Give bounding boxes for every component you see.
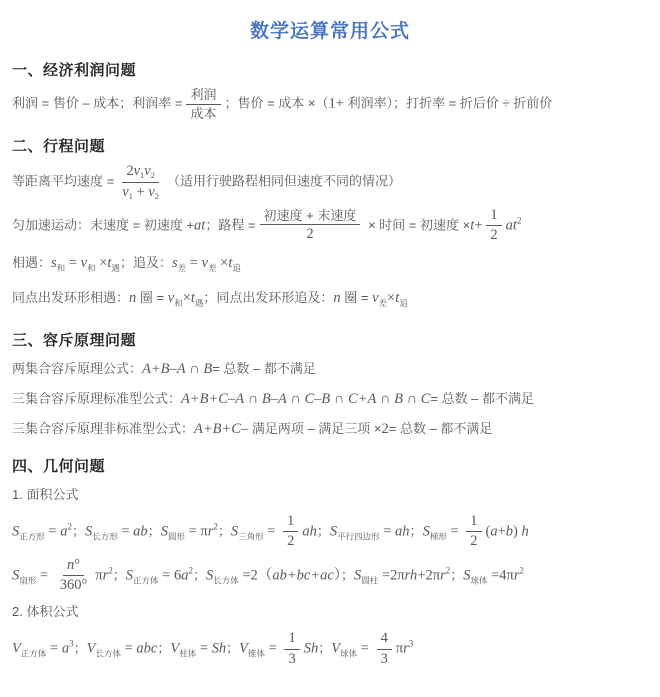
formula-segment: a <box>490 523 497 539</box>
formula-segment: = 总数 – 都不满足 <box>389 421 493 436</box>
formula-segment: 长方形 <box>92 531 118 541</box>
formula-segment: 圈 = <box>341 290 372 305</box>
formula-segment: 初速度 + 末速度 <box>264 208 357 223</box>
formula-segment: 梯形 <box>430 531 447 541</box>
formula-segment: = 总数 – 都不满足 <box>430 391 534 406</box>
formula-segment: 差 <box>379 298 388 308</box>
formula-segment: = <box>65 255 80 271</box>
formula-segment: ∩ <box>287 391 305 407</box>
formula-segment: ；路程 = <box>205 217 255 232</box>
formula-segment: 4 <box>381 630 388 646</box>
formula-segment: 遇 <box>111 263 120 273</box>
fraction-numerator: 1 <box>466 513 481 532</box>
formula-segment: A+B+C– <box>194 421 248 437</box>
formula-segment: + <box>133 184 148 200</box>
formula-segment: +2π <box>417 567 440 583</box>
formula-segment: b <box>506 523 513 539</box>
formula-segment: 球体 <box>470 575 487 585</box>
formula-segment: ； <box>148 523 161 538</box>
formula-segment: 正方体 <box>133 575 159 585</box>
formula-segment: ；追及： <box>120 255 172 270</box>
formula-segment: B–A <box>262 391 287 407</box>
formula-segment: ； <box>72 523 85 538</box>
formula-segment: 2 <box>306 226 313 242</box>
formula-segment: 平行四边形 <box>337 531 380 541</box>
formula-segment: 2. 体积公式 <box>12 604 78 619</box>
formula-segment: = <box>186 255 201 271</box>
section-heading: 四、几何问题 <box>12 455 648 476</box>
formula-segment: ； <box>226 641 239 656</box>
formula-segment: 和 <box>57 263 66 273</box>
formula-segment: B <box>203 361 212 377</box>
formula-line: 同点出发环形相遇：n 圈 = v和×t遇；同点出发环形追及：n 圈 = v差×t… <box>12 286 648 315</box>
page-title: 数学运算常用公式 <box>12 16 648 43</box>
fraction-denominator: 成本 <box>186 105 220 122</box>
fraction: 12 <box>486 207 501 245</box>
fraction-numerator: n° <box>63 557 84 576</box>
fraction-denominator: 2 <box>302 225 317 243</box>
formula-segment: 扇形 <box>19 575 36 585</box>
fraction: 12 <box>466 513 481 551</box>
formula-segment: ； <box>74 641 87 656</box>
formula-line: 相遇：s和 = v和 ×t遇；追及：s差 = v差 ×t追 <box>12 251 648 280</box>
formula-segment: 利润 = 售价 – 成本；利润率 = <box>12 96 182 111</box>
fraction: 利润成本 <box>186 87 220 121</box>
formula-segment: π <box>95 567 102 583</box>
formula-segment: 2 <box>382 421 389 437</box>
formula-segment: × <box>217 255 229 271</box>
section-heading: 二、行程问题 <box>12 135 648 156</box>
fraction-denominator: 2 <box>283 532 298 550</box>
formula-segment: C <box>421 391 431 407</box>
document-page: 数学运算常用公式 一、经济利润问题利润 = 售价 – 成本；利润率 =利润成本；… <box>0 0 660 697</box>
formula-line: 两集合容斥原理公式：A+B–A ∩ B= 总数 – 都不满足 <box>12 357 648 381</box>
formula-line: 2. 体积公式 <box>12 600 648 624</box>
formula-segment: ； <box>410 523 423 538</box>
formula-segment: 追 <box>232 263 241 273</box>
document-content: 一、经济利润问题利润 = 售价 – 成本；利润率 =利润成本；售价 = 成本 ×… <box>12 59 648 668</box>
fraction: 12 <box>283 513 298 551</box>
formula-segment: 1+ <box>329 96 344 112</box>
formula-line: S正方形 = a2；S长方形 = ab；S圆形 = πr2；S三角形 = 12a… <box>12 513 648 551</box>
formula-segment: ah <box>395 523 410 539</box>
formula-segment: at <box>194 217 205 233</box>
fraction-denominator: 3 <box>284 650 299 668</box>
formula-segment: =2（ <box>239 567 273 583</box>
formula-segment: 成本 <box>190 106 216 121</box>
formula-line: 利润 = 售价 – 成本；利润率 =利润成本；售价 = 成本 ×（1+ 利润率）… <box>12 87 648 121</box>
formula-segment: + <box>498 523 506 539</box>
formula-segment: = <box>121 641 136 657</box>
formula-segment: ； <box>113 567 126 582</box>
formula-segment: = <box>264 523 279 539</box>
formula-segment: 圈 = <box>136 290 167 305</box>
formula-segment: S <box>126 567 133 583</box>
fraction-denominator: 3 <box>377 650 392 668</box>
formula-segment: 1 <box>288 630 295 646</box>
formula-segment: 利润 <box>190 87 216 102</box>
formula-segment: ； <box>318 641 331 656</box>
fraction-numerator: 利润 <box>186 87 220 105</box>
formula-segment: 2 <box>155 191 159 201</box>
formula-segment: ； <box>317 523 330 538</box>
formula-segment: V <box>12 641 21 657</box>
fraction-numerator: 2v1v2 <box>122 163 159 182</box>
formula-segment: n <box>333 290 340 306</box>
formula-segment: V <box>331 641 340 657</box>
formula-line: 三集合容斥原理标准型公式：A+B+C–A ∩ B–A ∩ C–B ∩ C+A ∩… <box>12 387 648 411</box>
fraction-denominator: v1 + v2 <box>118 183 163 201</box>
section-3: 三、容斥原理问题两集合容斥原理公式：A+B–A ∩ B= 总数 – 都不满足三集… <box>12 329 648 441</box>
formula-segment: 圆柱 <box>361 575 378 585</box>
formula-line: 等距离平均速度 =2v1v2v1 + v2（适用行驶路程相同但速度不同的情况） <box>12 163 648 201</box>
formula-segment: 2 <box>470 533 477 549</box>
section-heading: 三、容斥原理问题 <box>12 329 648 350</box>
formula-segment: = 6 <box>159 567 182 583</box>
formula-segment: 正方体 <box>21 649 47 659</box>
formula-segment: =4π <box>488 567 514 583</box>
formula-segment: = <box>45 523 60 539</box>
formula-segment: ab+bc+ac <box>272 567 333 583</box>
fraction: 13 <box>284 630 299 668</box>
formula-segment: = <box>36 567 51 583</box>
formula-segment: + <box>474 217 482 233</box>
formula-segment: ab <box>133 523 148 539</box>
fraction-numerator: 1 <box>284 630 299 649</box>
formula-segment: = <box>46 641 61 657</box>
formula-segment: C–B <box>305 391 331 407</box>
formula-segment: 追 <box>399 298 408 308</box>
formula-segment: =2π <box>378 567 404 583</box>
section-2: 二、行程问题等距离平均速度 =2v1v2v1 + v2（适用行驶路程相同但速度不… <box>12 135 648 315</box>
formula-line: 1. 面积公式 <box>12 483 648 507</box>
formula-segment: ∩ <box>186 361 204 377</box>
formula-line: S扇形 = n°360°πr2；S正方体 = 6a2；S长方体 =2（ab+bc… <box>12 557 648 595</box>
formula-segment: ∩ <box>330 391 348 407</box>
formula-segment: ） <box>334 567 341 583</box>
formula-segment: 匀加速运动：末速度 = 初速度 + <box>12 217 194 232</box>
formula-segment: × <box>96 255 108 271</box>
formula-segment: 2 <box>517 215 522 225</box>
formula-segment: rh <box>405 567 418 583</box>
formula-segment: 三集合容斥原理非标准型公式： <box>12 421 194 436</box>
formula-segment: 球体 <box>340 649 357 659</box>
formula-segment: 三集合容斥原理标准型公式： <box>12 391 181 406</box>
formula-segment: 3 <box>288 651 295 667</box>
formula-segment: = <box>265 641 280 657</box>
formula-segment: ∩ <box>244 391 262 407</box>
formula-segment: h <box>522 523 529 539</box>
formula-segment: ； <box>157 641 170 656</box>
formula-line: 三集合容斥原理非标准型公式：A+B+C– 满足两项 – 满足三项 ×2= 总数 … <box>12 417 648 441</box>
formula-segment: 差 <box>178 263 187 273</box>
fraction: 2v1v2v1 + v2 <box>118 163 163 201</box>
formula-segment: = <box>118 523 133 539</box>
formula-segment: 1 <box>287 513 294 529</box>
formula-segment: ° <box>74 557 80 573</box>
fraction-denominator: 2 <box>466 532 481 550</box>
formula-segment: 1 <box>490 207 497 223</box>
formula-segment: = <box>357 641 372 657</box>
formula-segment: ah <box>302 523 317 539</box>
formula-segment: 和 <box>174 298 183 308</box>
fraction-numerator: 1 <box>283 513 298 532</box>
formula-segment: S <box>161 523 168 539</box>
formula-segment: = 总数 – 都不满足 <box>212 361 316 376</box>
formula-segment: Sh <box>304 641 319 657</box>
formula-segment: 2 <box>490 227 497 243</box>
formula-segment: 锥体 <box>248 649 265 659</box>
formula-segment: 满足两项 – 满足三项 × <box>248 421 381 436</box>
section-4: 四、几何问题1. 面积公式S正方形 = a2；S长方形 = ab；S圆形 = π… <box>12 455 648 668</box>
formula-segment: ；同点出发环形追及： <box>203 290 333 305</box>
formula-segment: ； <box>193 567 206 582</box>
fraction-numerator: 初速度 + 末速度 <box>260 208 361 226</box>
formula-segment: V <box>239 641 248 657</box>
formula-segment: ) <box>513 523 521 539</box>
formula-segment: ∩ <box>376 391 394 407</box>
fraction: n°360° <box>56 557 92 595</box>
fraction: 初速度 + 末速度2 <box>260 208 361 244</box>
formula-segment: 2 <box>126 163 133 179</box>
formula-segment: = <box>447 523 462 539</box>
formula-segment: S <box>423 523 430 539</box>
formula-segment: ；售价 = 成本 ×（ <box>225 96 329 111</box>
formula-segment: 三角形 <box>238 531 264 541</box>
formula-segment: ； <box>450 567 463 582</box>
formula-segment: 2 <box>151 170 155 180</box>
formula-segment: 差 <box>208 263 217 273</box>
formula-segment: 长方体 <box>95 649 121 659</box>
formula-segment: = π <box>185 523 208 539</box>
formula-segment: A+B–A <box>142 361 186 377</box>
formula-segment: 柱体 <box>179 649 196 659</box>
formula-segment: × 时间 = 初速度 × <box>364 217 470 232</box>
formula-segment: 长方体 <box>213 575 239 585</box>
formula-segment: 2 <box>287 533 294 549</box>
formula-segment: 和 <box>87 263 96 273</box>
section-heading: 一、经济利润问题 <box>12 59 648 80</box>
formula-segment: 360° <box>60 577 88 593</box>
formula-segment: ； <box>218 523 231 538</box>
formula-segment: C+A <box>348 391 376 407</box>
formula-segment: 3 <box>409 639 414 649</box>
formula-segment: B <box>394 391 403 407</box>
formula-segment: × <box>387 290 395 306</box>
formula-segment: 两集合容斥原理公式： <box>12 361 142 376</box>
formula-segment: a <box>62 641 69 657</box>
formula-segment: = <box>380 523 395 539</box>
formula-segment: at <box>506 217 517 233</box>
formula-segment: V <box>170 641 179 657</box>
formula-segment: 2 <box>520 565 525 575</box>
formula-segment: 1. 面积公式 <box>12 487 78 502</box>
formula-segment: 圆形 <box>168 531 185 541</box>
formula-segment: 利润率）；打折率 = 折后价 ÷ 折前价 <box>344 96 552 111</box>
formula-segment: Sh <box>212 641 227 657</box>
formula-segment: = <box>196 641 211 657</box>
formula-segment: S <box>330 523 337 539</box>
formula-line: 匀加速运动：末速度 = 初速度 +at；路程 =初速度 + 末速度2 × 时间 … <box>12 207 648 245</box>
fraction-numerator: 1 <box>486 207 501 226</box>
formula-segment: abc <box>136 641 157 657</box>
fraction-denominator: 360° <box>56 576 92 594</box>
formula-segment: 等距离平均速度 = <box>12 174 114 189</box>
formula-segment: 相遇： <box>12 255 51 270</box>
section-1: 一、经济利润问题利润 = 售价 – 成本；利润率 =利润成本；售价 = 成本 ×… <box>12 59 648 121</box>
fraction: 43 <box>377 630 392 668</box>
formula-segment: 同点出发环形相遇： <box>12 290 129 305</box>
formula-segment: × <box>183 290 191 306</box>
formula-segment: ∩ <box>403 391 421 407</box>
formula-segment: ； <box>341 567 354 582</box>
formula-segment: A+B+C–A <box>181 391 244 407</box>
fraction-numerator: 4 <box>377 630 392 649</box>
formula-segment: 1 <box>470 513 477 529</box>
formula-segment: 3 <box>381 651 388 667</box>
fraction-denominator: 2 <box>486 226 501 244</box>
formula-segment: （适用行驶路程相同但速度不同的情况） <box>167 174 401 189</box>
formula-segment: 正方形 <box>19 531 45 541</box>
formula-line: V正方体 = a3；V长方体 = abc；V柱体 = Sh；V锥体 = 13Sh… <box>12 630 648 668</box>
